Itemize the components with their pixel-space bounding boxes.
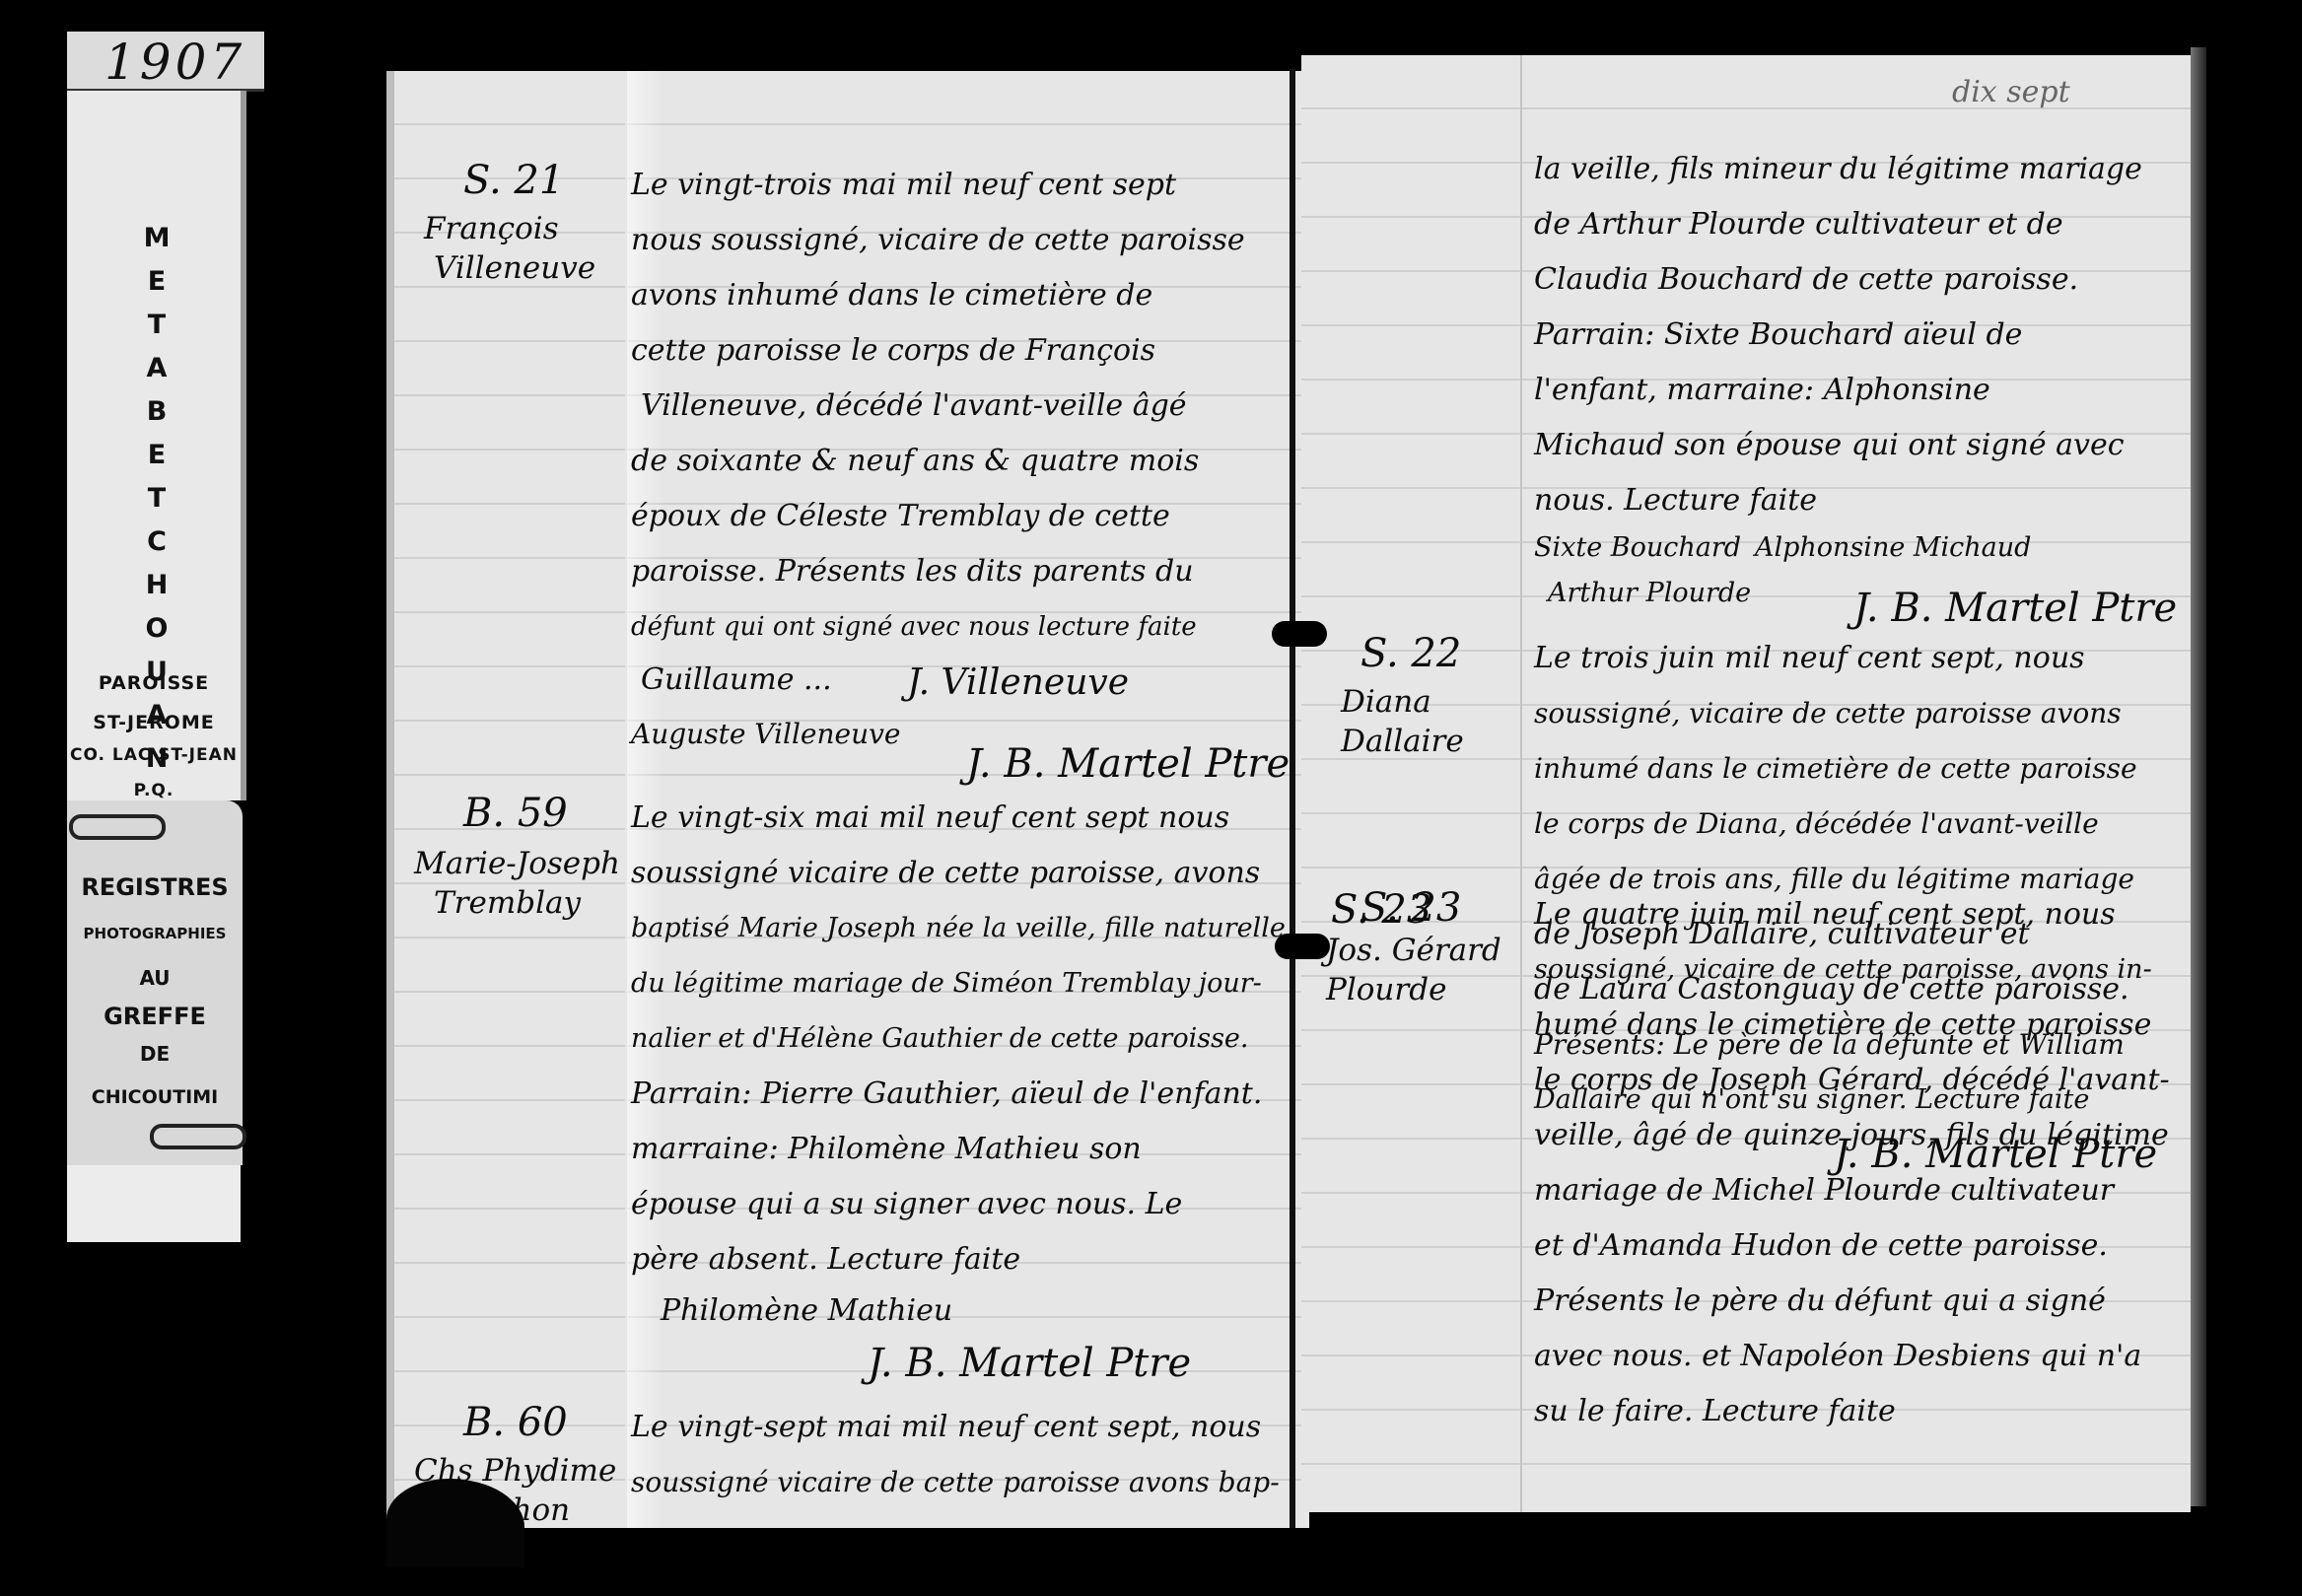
entry-id: S. 22 [1360, 631, 1461, 676]
paperclip-icon [69, 814, 166, 840]
entry-id: B. 60 [463, 1400, 568, 1445]
parish-label-strip: M E T A B E T C H O U A N PAROISSE ST-JE… [67, 91, 246, 800]
signature: J. Villeneuve [907, 662, 1129, 703]
entry-id: B. 59 [463, 791, 568, 836]
binding-ring-icon [1275, 934, 1330, 959]
priest-signature: J. B. Martel Ptre [868, 1341, 1191, 1386]
card-line-1: REGISTRES [67, 873, 243, 901]
entry-name: Tremblay [434, 883, 581, 923]
scan-border [355, 1528, 2228, 1596]
entry-id: S. 21 [463, 158, 564, 203]
card-stack-bottom [67, 1165, 241, 1242]
entry-name: Jos. Gérard [1326, 931, 1501, 970]
signature: Alphonsine Michaud [1755, 532, 2031, 563]
signature: Philomène Mathieu [661, 1293, 952, 1328]
signature: Guillaume ... [641, 662, 832, 697]
priest-signature: J. B. Martel Ptre [966, 741, 1290, 787]
signature: Sixte Bouchard [1534, 532, 1741, 563]
county-label: CO. LAC ST-JEAN [67, 745, 241, 765]
province-label: P.Q. [67, 781, 241, 800]
paperclip-icon [150, 1124, 246, 1149]
entry-id: S. 23 [1331, 887, 1431, 933]
entry-name: François [424, 209, 559, 248]
year-tab: 1907 [67, 32, 264, 92]
card-line-3: AU [67, 966, 243, 990]
pencil-note: dix sept [1952, 75, 2070, 109]
paroisse-label: PAROISSE [67, 672, 241, 694]
signature: Arthur Plourde [1548, 578, 1751, 608]
margin-rule [1520, 55, 1522, 1512]
entry-name: Marie-Joseph [414, 844, 620, 883]
page-stack-edge [2191, 47, 2206, 1506]
entry-name: Diana [1341, 682, 1431, 722]
entry-name: Villeneuve [434, 248, 595, 288]
saint-label: ST-JEROME [67, 712, 241, 733]
binding-ring-icon [1272, 621, 1327, 647]
card-line-6: CHICOUTIMI [67, 1086, 243, 1108]
card-line-4: GREFFE [67, 1003, 243, 1030]
signature: Auguste Villeneuve [631, 718, 901, 750]
parish-name-vertical: M E T A B E T C H O U A N [142, 217, 172, 781]
entry-name: Dallaire [1341, 722, 1464, 761]
register-page-left: S. 21 François Villeneuve Le vingt-trois… [386, 71, 1309, 1528]
priest-signature: J. B. Martel Ptre [1853, 586, 2177, 631]
card-line-2: PHOTOGRAPHIES [67, 925, 243, 942]
year-label: 1907 [105, 34, 245, 91]
book-spine [1290, 69, 1295, 1528]
registry-card: REGISTRES PHOTOGRAPHIES AU GREFFE DE CHI… [67, 800, 243, 1165]
card-line-5: DE [67, 1042, 243, 1066]
entry-name: Plourde [1326, 970, 1446, 1009]
